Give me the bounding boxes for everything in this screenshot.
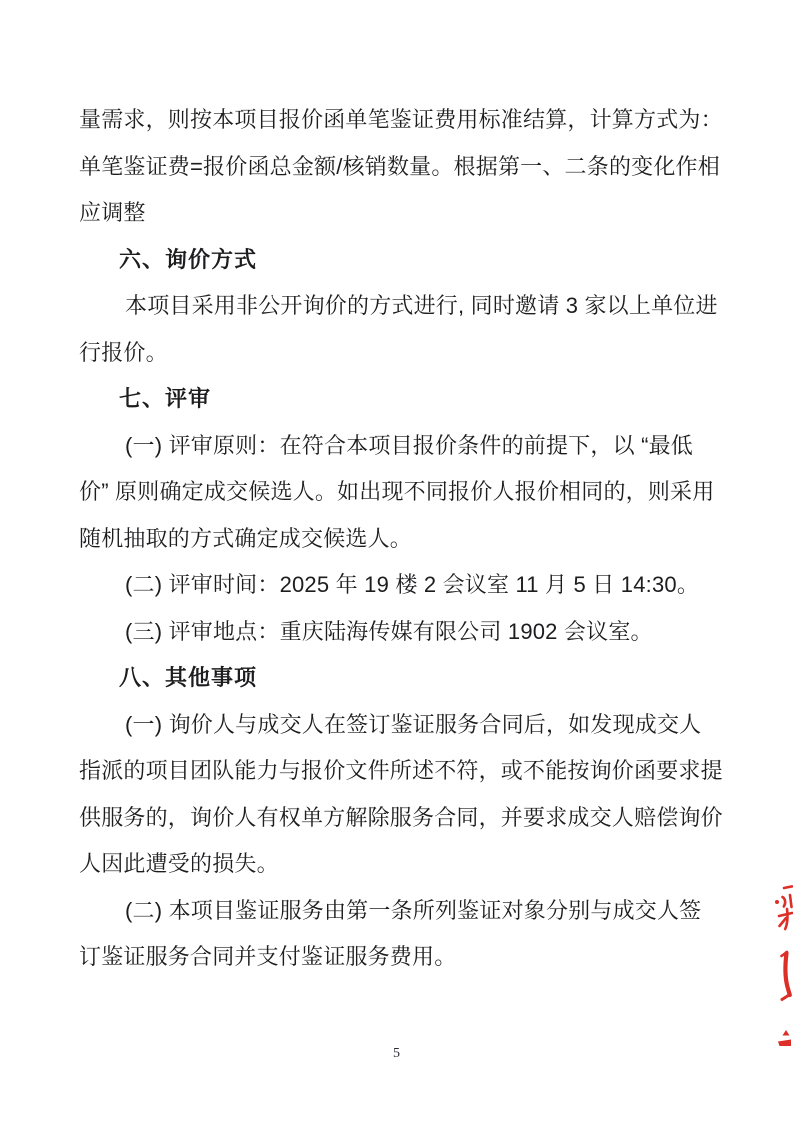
text-line: 应调整 — [79, 190, 719, 237]
text-line: 订鉴证服务合同并支付鉴证服务费用。 — [79, 934, 719, 981]
text-line: (二) 本项目鉴证服务由第一条所列鉴证对象分别与成交人签 — [79, 888, 719, 935]
text-line: (三) 评审地点：重庆陆海传媒有限公司 1902 会议室。 — [79, 609, 719, 656]
seal-fragment-top-icon — [769, 883, 793, 933]
section-8-heading: 八、其他事项 — [79, 655, 719, 702]
text-line: (一) 询价人与成交人在签订鉴证服务合同后，如发现成交人 — [79, 702, 719, 749]
text-line: 量需求，则按本项目报价函单笔鉴证费用标准结算，计算方式为： — [79, 97, 719, 144]
text-line: 指派的项目团队能力与报价文件所述不符，或不能按询价函要求提 — [79, 748, 719, 795]
page-number: 5 — [0, 1046, 793, 1062]
text-line: 单笔鉴证费=报价函总金额/核销数量。根据第一、二条的变化作相 — [79, 144, 719, 191]
text-line: (一) 评审原则：在符合本项目报价条件的前提下，以 “最低 — [79, 423, 719, 470]
text-line: 供服务的，询价人有权单方解除服务合同，并要求成交人赔偿询价 — [79, 795, 719, 842]
text-line: 行报价。 — [79, 330, 719, 377]
text-line: 价” 原则确定成交候选人。如出现不同报价人报价相同的，则采用 — [79, 469, 719, 516]
document-body: 量需求，则按本项目报价函单笔鉴证费用标准结算，计算方式为： 单笔鉴证费=报价函总… — [79, 97, 719, 981]
seal-fragment-middle-icon — [775, 949, 793, 1003]
text-line: 随机抽取的方式确定成交候选人。 — [79, 516, 719, 563]
text-line: 人因此遭受的损失。 — [79, 841, 719, 888]
document-page: 量需求，则按本项目报价函单笔鉴证费用标准结算，计算方式为： 单笔鉴证费=报价函总… — [0, 0, 793, 1121]
text-line: (二) 评审时间：2025 年 19 楼 2 会议室 11 月 5 日 14:3… — [79, 562, 719, 609]
text-line: 本项目采用非公开询价的方式进行, 同时邀请 3 家以上单位进 — [79, 283, 719, 330]
section-7-heading: 七、评审 — [79, 376, 719, 423]
section-6-heading: 六、询价方式 — [79, 237, 719, 284]
